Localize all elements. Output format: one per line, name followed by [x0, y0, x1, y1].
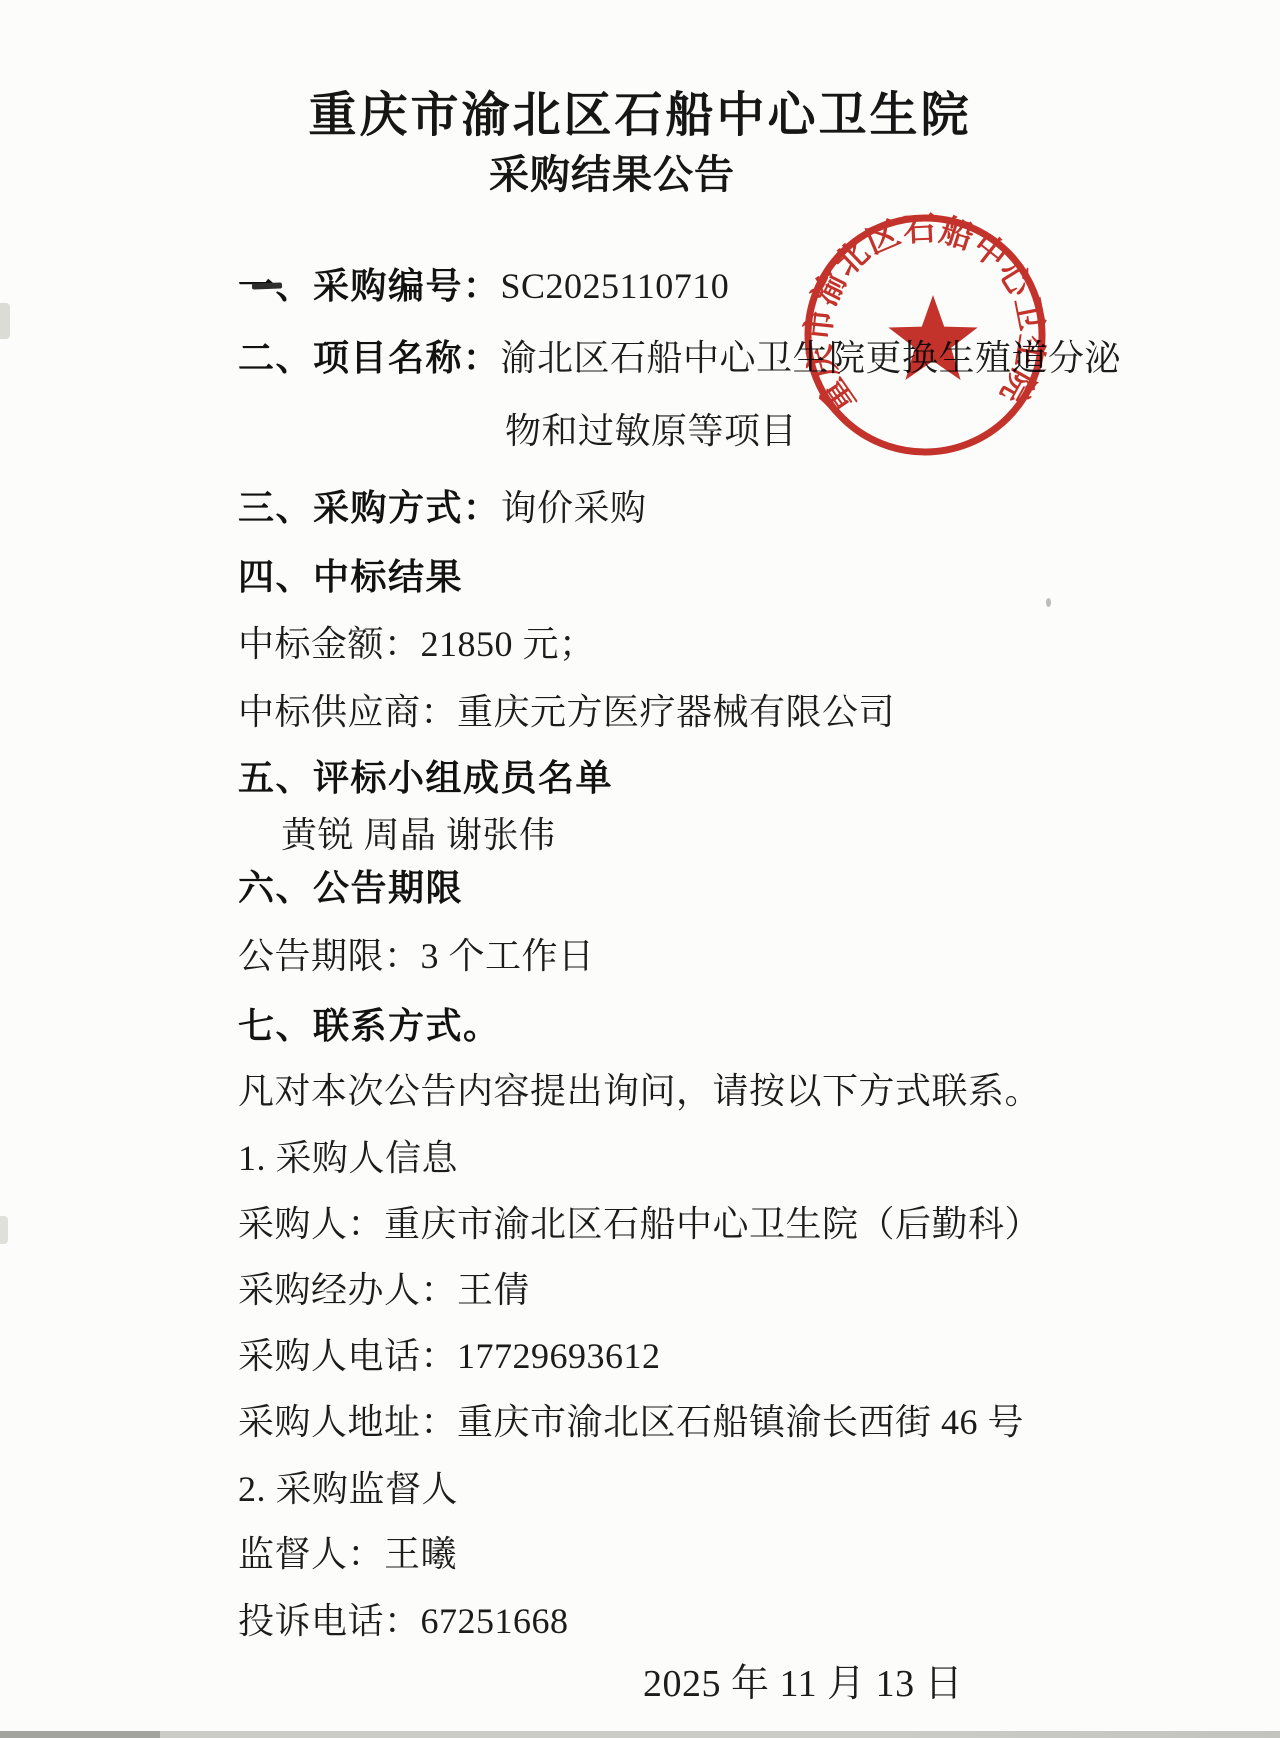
line-text: SC2025110710	[501, 266, 730, 306]
seal-org-text: 重庆市渝北区石船中心卫生院	[799, 209, 1051, 420]
line-text: 公告期限：3 个工作日	[238, 936, 595, 976]
line-award-amount: 中标金额：21850 元；	[238, 616, 596, 667]
line-buyer-address: 采购人地址：重庆市渝北区石船镇渝长西街 46 号	[238, 1394, 1024, 1445]
official-seal-stamp: 重庆市渝北区石船中心卫生院	[775, 185, 1075, 485]
line-buyer-phone: 采购人电话：17729693612	[238, 1328, 661, 1379]
line-text: 采购经办人：王倩	[238, 1270, 530, 1310]
scan-artifact	[0, 303, 10, 339]
star-icon	[888, 295, 977, 380]
line-label: 二、项目名称：	[238, 337, 501, 378]
line-purchase-method: 三、采购方式：询价采购	[238, 480, 647, 531]
line-text: 投诉电话：67251668	[238, 1601, 569, 1641]
line-label: 六、公告期限	[238, 867, 463, 908]
line-buyer-agent: 采购经办人：王倩	[238, 1262, 530, 1313]
line-text: 2. 采购监督人	[238, 1469, 458, 1509]
line-text: 物和过敏原等项目	[505, 411, 797, 451]
scan-edge	[0, 1731, 1280, 1738]
line-notice-period-head: 六、公告期限	[238, 860, 463, 911]
line-buyer: 采购人：重庆市渝北区石船中心卫生院（后勤科）	[238, 1196, 1041, 1247]
line-supervisor: 监督人：王曦	[238, 1526, 457, 1577]
line-text: 凡对本次公告内容提出询问，请按以下方式联系。	[238, 1071, 1041, 1111]
line-contact-intro: 凡对本次公告内容提出询问，请按以下方式联系。	[238, 1063, 1041, 1114]
scanned-document-page: 重庆市渝北区石船中心卫生院 采购结果公告 一、采购编号：SC2025110710…	[0, 0, 1280, 1738]
scan-artifact	[252, 282, 282, 289]
line-panel-members: 黄锐 周晶 谢张伟	[281, 807, 556, 858]
line-text: 采购人：重庆市渝北区石船中心卫生院（后勤科）	[238, 1204, 1041, 1244]
doc-title-line1: 重庆市渝北区石船中心卫生院	[0, 76, 1280, 145]
line-text: 监督人：王曦	[238, 1534, 457, 1574]
scan-artifact	[0, 1216, 8, 1244]
scan-artifact	[1046, 598, 1051, 607]
line-text: 采购人电话：17729693612	[238, 1336, 661, 1376]
doc-date: 2025 年 11 月 13 日	[643, 1652, 963, 1707]
line-label: 五、评标小组成员名单	[238, 757, 613, 798]
line-supervisor-head: 2. 采购监督人	[238, 1461, 458, 1512]
line-buyer-info-head: 1. 采购人信息	[238, 1130, 458, 1181]
line-text: 询价采购	[501, 488, 647, 528]
line-label: 三、采购方式：	[238, 487, 501, 528]
line-award-result-head: 四、中标结果	[238, 549, 463, 600]
line-award-supplier: 中标供应商：重庆元方医疗器械有限公司	[238, 684, 895, 735]
line-notice-period: 公告期限：3 个工作日	[238, 928, 595, 979]
line-label: 四、中标结果	[238, 556, 463, 597]
line-text: 1. 采购人信息	[238, 1138, 458, 1178]
line-panel-head: 五、评标小组成员名单	[238, 750, 613, 801]
line-text: 采购人地址：重庆市渝北区石船镇渝长西街 46 号	[238, 1402, 1024, 1442]
line-text: 中标供应商：重庆元方医疗器械有限公司	[238, 692, 895, 732]
line-project-name-cont: 物和过敏原等项目	[505, 403, 797, 454]
line-contact-head: 七、联系方式。	[238, 998, 501, 1049]
line-complaint-phone: 投诉电话：67251668	[238, 1593, 569, 1644]
line-purchase-number: 一、采购编号：SC2025110710	[238, 258, 729, 309]
line-text: 中标金额：21850 元；	[238, 624, 596, 664]
line-label: 七、联系方式。	[238, 1005, 501, 1046]
line-text: 黄锐 周晶 谢张伟	[281, 815, 556, 855]
